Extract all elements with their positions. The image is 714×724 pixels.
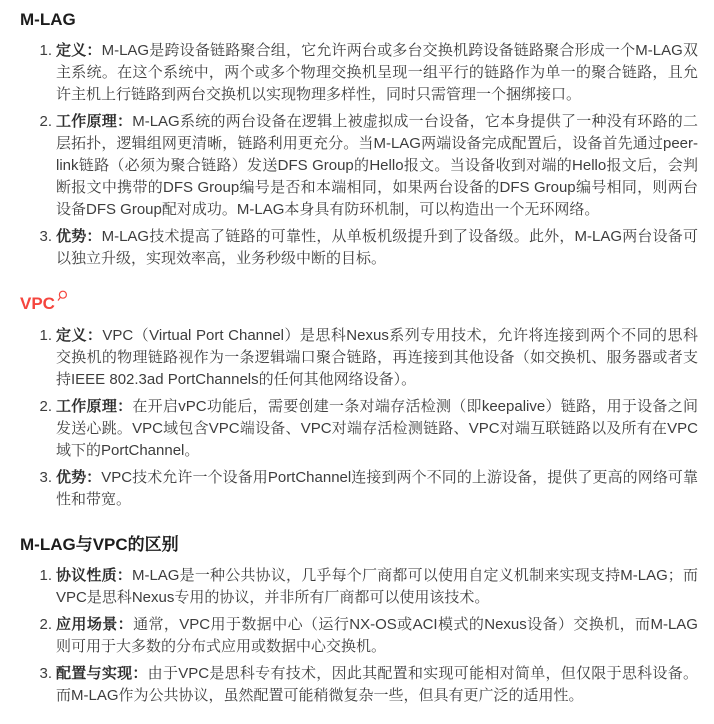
differences-list: 1.协议性质：M-LAG是一种公共协议，几乎每个厂商都可以使用自定义机制来实现支…	[20, 565, 698, 707]
section-title-vpc-text: VPC	[20, 294, 55, 313]
item-label: 协议性质：	[56, 567, 132, 584]
section-title-vpc: VPC	[20, 294, 698, 314]
list-marker: 1.	[26, 325, 52, 347]
list-item: 2.工作原理：M-LAG系统的两台设备在逻辑上被虚拟成一台设备，它本身提供了一种…	[56, 111, 698, 221]
list-item: 1.协议性质：M-LAG是一种公共协议，几乎每个厂商都可以使用自定义机制来实现支…	[56, 565, 698, 609]
item-text: M-LAG系统的两台设备在逻辑上被虚拟成一台设备，它本身提供了一种没有环路的二层…	[56, 113, 698, 218]
item-label: 优势：	[56, 228, 102, 245]
list-item: 2.应用场景：通常，VPC用于数据中心（运行NX-OS或ACI模式的Nexus设…	[56, 614, 698, 658]
section-title-mlag: M-LAG	[20, 10, 698, 30]
item-text: M-LAG是一种公共协议，几乎每个厂商都可以使用自定义机制来实现支持M-LAG；…	[56, 567, 698, 606]
list-marker: 2.	[26, 111, 52, 133]
vpc-list: 1.定义：VPC（Virtual Port Channel）是思科Nexus系列…	[20, 325, 698, 511]
list-marker: 3.	[26, 226, 52, 248]
item-text: M-LAG是跨设备链路聚合组，它允许两台或多台交换机跨设备链路聚合形成一个M-L…	[56, 42, 698, 103]
section-title-differences: M-LAG与VPC的区别	[20, 535, 698, 555]
search-icon[interactable]	[56, 290, 68, 302]
item-label: 定义：	[56, 42, 102, 59]
item-text: VPC（Virtual Port Channel）是思科Nexus系列专用技术，…	[56, 327, 698, 388]
item-text: M-LAG技术提高了链路的可靠性，从单板机级提升到了设备级。此外，M-LAG两台…	[56, 228, 698, 267]
list-item: 1.定义：M-LAG是跨设备链路聚合组，它允许两台或多台交换机跨设备链路聚合形成…	[56, 40, 698, 106]
mlag-list: 1.定义：M-LAG是跨设备链路聚合组，它允许两台或多台交换机跨设备链路聚合形成…	[20, 40, 698, 270]
list-marker: 1.	[26, 40, 52, 62]
item-label: 定义：	[56, 327, 102, 344]
item-label: 配置与实现：	[56, 665, 148, 682]
item-label: 应用场景：	[56, 616, 133, 633]
section-mlag: M-LAG 1.定义：M-LAG是跨设备链路聚合组，它允许两台或多台交换机跨设备…	[20, 10, 698, 270]
item-text: VPC技术允许一个设备用PortChannel连接到两个不同的上游设备，提供了更…	[56, 469, 698, 508]
section-differences: M-LAG与VPC的区别 1.协议性质：M-LAG是一种公共协议，几乎每个厂商都…	[20, 535, 698, 707]
section-vpc: VPC 1.定义：VPC（Virtual Port Channel）是思科Nex…	[20, 294, 698, 510]
list-item: 3.优势：VPC技术允许一个设备用PortChannel连接到两个不同的上游设备…	[56, 467, 698, 511]
list-marker: 2.	[26, 396, 52, 418]
list-marker: 3.	[26, 467, 52, 489]
list-marker: 3.	[26, 663, 52, 685]
item-text: 在开启vPC功能后，需要创建一条对端存活检测（即keepalive）链路，用于设…	[56, 398, 698, 459]
list-item: 1.定义：VPC（Virtual Port Channel）是思科Nexus系列…	[56, 325, 698, 391]
list-marker: 1.	[26, 565, 52, 587]
item-text: 由于VPC是思科专有技术，因此其配置和实现可能相对简单，但仅限于思科设备。而M-…	[56, 665, 698, 704]
item-label: 工作原理：	[56, 398, 132, 415]
list-item: 3.配置与实现：由于VPC是思科专有技术，因此其配置和实现可能相对简单，但仅限于…	[56, 663, 698, 707]
article: M-LAG 1.定义：M-LAG是跨设备链路聚合组，它允许两台或多台交换机跨设备…	[20, 10, 698, 707]
item-label: 优势：	[56, 469, 101, 486]
item-text: 通常，VPC用于数据中心（运行NX-OS或ACI模式的Nexus设备）交换机，而…	[56, 616, 698, 655]
list-item: 2.工作原理：在开启vPC功能后，需要创建一条对端存活检测（即keepalive…	[56, 396, 698, 462]
list-marker: 2.	[26, 614, 52, 636]
item-label: 工作原理：	[56, 113, 132, 130]
list-item: 3.优势：M-LAG技术提高了链路的可靠性，从单板机级提升到了设备级。此外，M-…	[56, 226, 698, 270]
